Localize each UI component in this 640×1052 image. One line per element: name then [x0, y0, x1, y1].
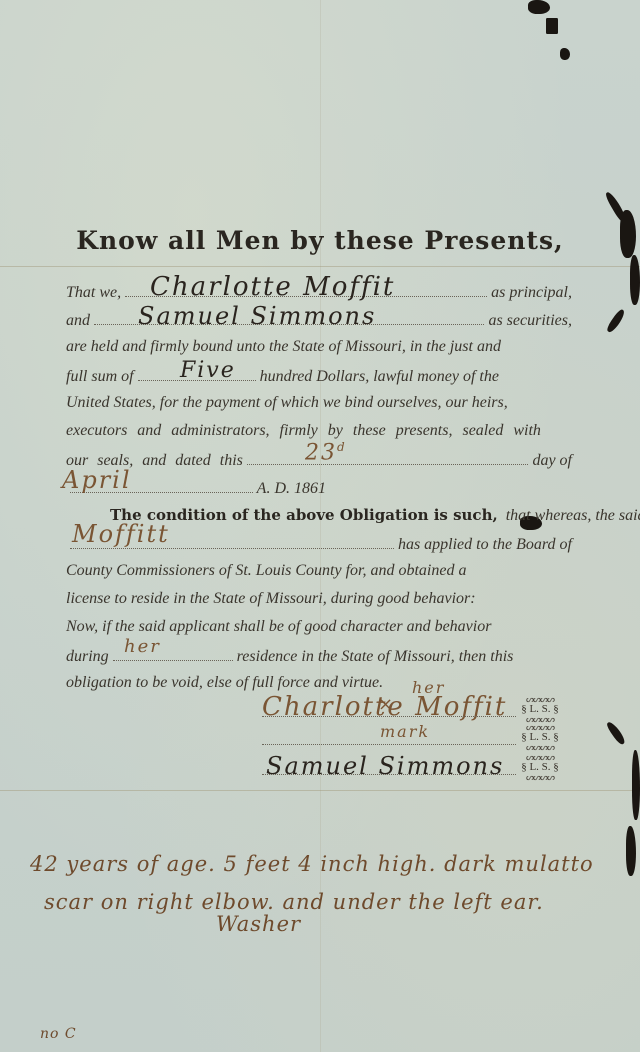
signature-security: Samuel Simmons — [266, 752, 504, 780]
seal-label: § L. S. § — [520, 732, 560, 742]
static-text: license to reside in the State of Missou… — [66, 590, 476, 608]
seal-box: ᔕᔕᔕᔕ § L. S. § ᔕᔕᔕᔕ — [520, 752, 560, 782]
ink-blot — [528, 0, 550, 14]
static-text: obligation to be void, else of full forc… — [66, 674, 383, 692]
condition-line: The condition of the above Obligation is… — [110, 506, 572, 532]
sum-line: full sum of hundred Dollars, lawful mone… — [66, 366, 572, 392]
ink-blot — [560, 48, 570, 60]
ink-blot — [630, 255, 640, 305]
applicant-name: Moffitt — [72, 520, 170, 548]
description-note-2: scar on right elbow. and under the left … — [44, 890, 544, 914]
mark-symbol: × — [378, 694, 395, 715]
static-text: that whereas, the said — [506, 507, 640, 525]
text-line: are held and firmly bound unto the State… — [66, 338, 572, 364]
month-value: April — [62, 466, 132, 494]
signature-line — [262, 774, 516, 775]
document-heading: Know all Men by these Presents, — [0, 226, 640, 255]
text-line: County Commissioners of St. Louis County… — [66, 562, 572, 588]
label-as-securities: as securities, — [488, 312, 572, 330]
static-text: United States, for the payment of which … — [66, 394, 508, 412]
label-and: and — [66, 312, 90, 330]
static-text: Now, if the said applicant shall be of g… — [66, 618, 491, 636]
label-that-we: That we, — [66, 284, 121, 302]
day-value: 23d — [305, 440, 347, 465]
static-text: are held and firmly bound unto the State… — [66, 338, 501, 356]
seal-label: § L. S. § — [520, 762, 560, 772]
seal-box: ᔕᔕᔕᔕ § L. S. § ᔕᔕᔕᔕ — [520, 694, 560, 724]
day-number: 23 — [305, 440, 337, 465]
corner-note: no C — [40, 1026, 77, 1042]
label-residence: residence in the State of Missouri, then… — [237, 648, 514, 666]
label-full-sum: full sum of — [66, 368, 134, 386]
seal-label: § L. S. § — [520, 704, 560, 714]
static-text: County Commissioners of St. Louis County… — [66, 562, 466, 580]
label-has-applied: has applied to the Board of — [398, 536, 572, 554]
sum-value: Five — [180, 358, 236, 383]
signature-line — [262, 744, 516, 745]
day-suffix: d — [337, 440, 347, 454]
label-during: during — [66, 648, 109, 666]
label-as-principal: as principal, — [491, 284, 572, 302]
signature-line — [262, 716, 516, 717]
occupation-note: Washer — [216, 912, 301, 936]
static-text: executors and administrators, firmly by … — [66, 422, 541, 440]
text-line: license to reside in the State of Missou… — [66, 590, 572, 616]
description-note-1: 42 years of age. 5 feet 4 inch high. dar… — [30, 852, 594, 876]
day-field — [247, 450, 529, 465]
seal-box: ᔕᔕᔕᔕ § L. S. § ᔕᔕᔕᔕ — [520, 722, 560, 752]
seal-border: ᔕᔕᔕᔕ — [520, 742, 560, 752]
principal-name: Charlotte Moffit — [150, 272, 395, 302]
seal-border: ᔕᔕᔕᔕ — [520, 772, 560, 782]
security-name: Samuel Simmons — [138, 302, 376, 330]
text-line: United States, for the payment of which … — [66, 394, 572, 420]
label-hundred-dollars: hundred Dollars, lawful money of the — [260, 368, 499, 386]
residence-value: her — [124, 636, 161, 657]
signature-mark-below: mark — [380, 722, 430, 741]
ink-blot — [546, 18, 558, 34]
label-day-of: day of — [532, 452, 572, 470]
label-year: A. D. 1861 — [257, 480, 326, 498]
ink-blot — [626, 826, 636, 876]
